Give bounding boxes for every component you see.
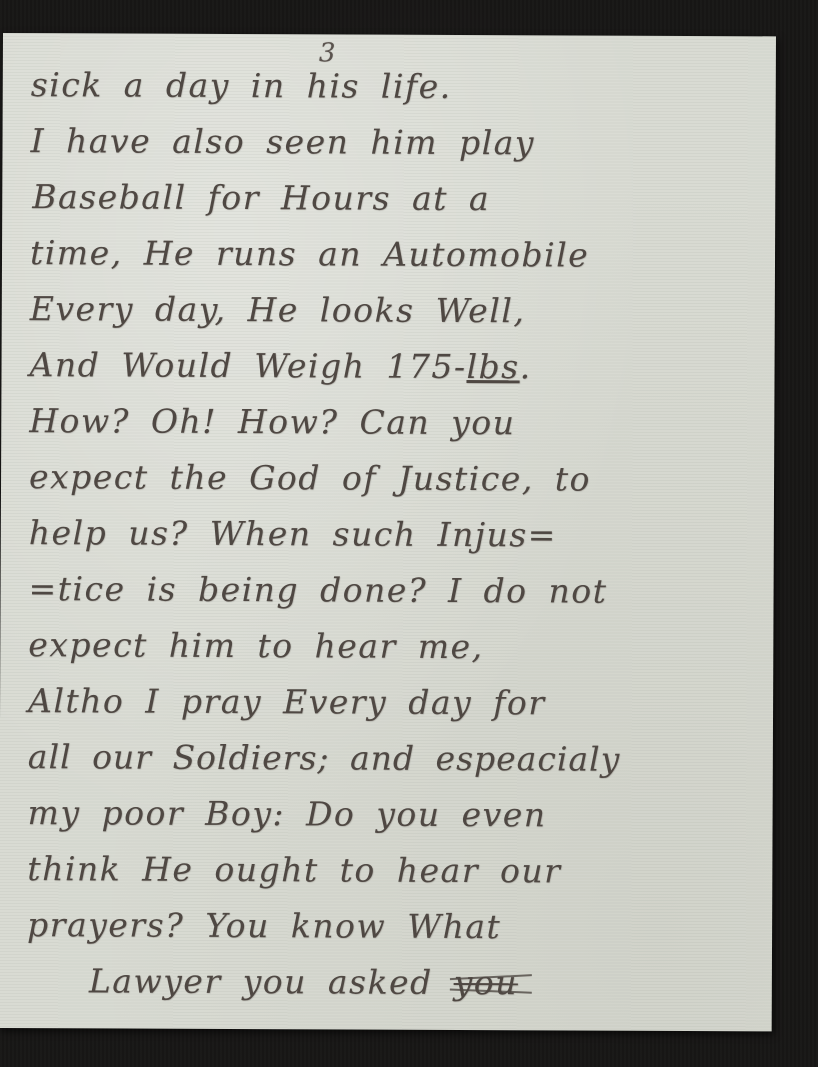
handwritten-line-7: How? Oh! How? Can you [29, 393, 764, 452]
handwritten-line-3: Baseball for Hours at a [32, 169, 765, 228]
handwritten-line-16: prayers? You know What [27, 897, 762, 956]
handwritten-line-17: Lawyer you asked you [89, 953, 762, 1012]
letter-page: 3 sick a day in his life. I have also se… [0, 33, 776, 1031]
handwritten-line-13: all our Soldiers; and espeacialy [28, 729, 763, 788]
handwritten-line-8: expect the God of Justice, to [29, 449, 764, 508]
handwritten-line-10: =tice is being done? I do not [28, 561, 763, 620]
handwritten-line-2: I have also seen him play [30, 113, 765, 172]
letter-body: sick a day in his life. I have also seen… [0, 57, 776, 1012]
handwritten-line-1: sick a day in his life. [31, 57, 766, 116]
scan-background: 3 sick a day in his life. I have also se… [0, 0, 818, 1067]
weight-text: And Would Weigh 175- [29, 345, 466, 386]
handwritten-line-12: Altho I pray Every day for [28, 673, 763, 732]
handwritten-line-15: think He ought to hear our [27, 841, 762, 900]
handwritten-line-5: Every day, He looks Well, [30, 281, 765, 340]
weight-unit-underlined: lbs [466, 347, 519, 386]
handwritten-line-11: expect him to hear me, [28, 617, 763, 676]
handwritten-line-9: help us? When such Injus= [29, 505, 764, 564]
weight-period: . [520, 347, 532, 386]
crossed-out-word: you [454, 955, 519, 1011]
handwritten-line-4: time, He runs an Automobile [30, 225, 765, 284]
handwritten-line-14: my poor Boy: Do you even [27, 785, 762, 844]
closing-text: Lawyer you asked [89, 961, 454, 1002]
handwritten-line-6: And Would Weigh 175-lbs. [29, 337, 764, 396]
